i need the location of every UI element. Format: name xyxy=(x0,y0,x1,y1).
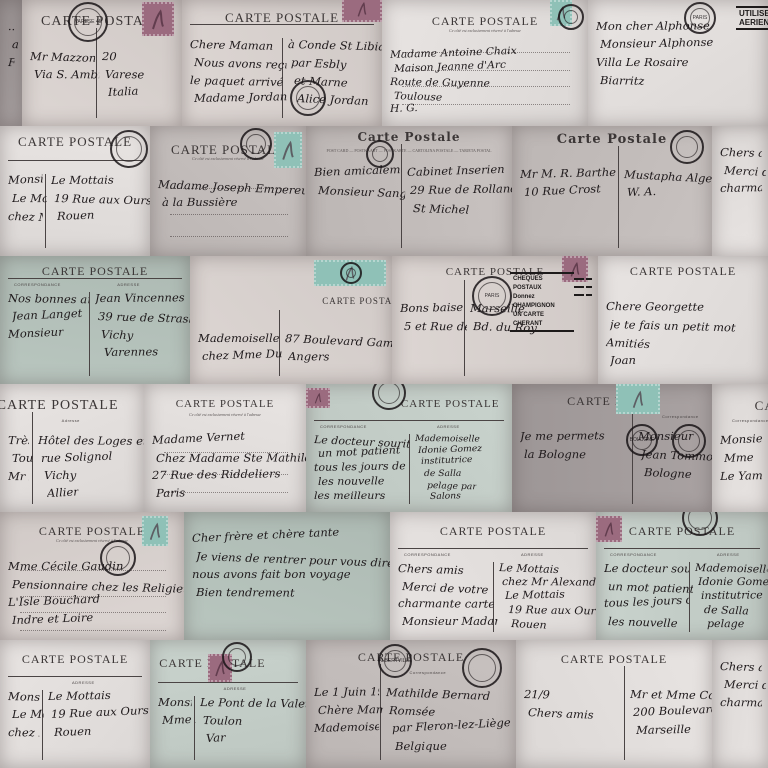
address-line xyxy=(170,214,288,215)
postmark-icon: VARESE 45 xyxy=(68,2,108,42)
handwritten-line: institutrice xyxy=(701,589,763,602)
address-divider xyxy=(632,408,633,504)
handwritten-line: 20 xyxy=(101,50,116,63)
handwritten-line: Nous avons reçu xyxy=(194,56,287,72)
handwritten-line: H. G. xyxy=(390,103,418,115)
handwritten-line: tous les jours de xyxy=(314,460,406,474)
postmark-icon xyxy=(670,130,704,164)
handwritten-line: Mademoiselle xyxy=(415,434,480,445)
handwritten-line: Chere Maman xyxy=(190,38,273,53)
handwritten-line: Joan xyxy=(610,354,636,367)
handwritten-line: Madame Joseph Empereur xyxy=(158,178,305,197)
handwritten-line: Nos bonnes amitiés xyxy=(8,292,89,306)
handwritten-line: Var xyxy=(205,731,225,745)
handwritten-line: Chers amis xyxy=(398,562,464,577)
postmark-icon: BOLOGNE xyxy=(626,424,658,456)
header-rule xyxy=(398,548,588,549)
handwritten-line: 39 rue de Strasbourg xyxy=(98,310,190,326)
postcard-multilingual-header: POST CARD — POSTKAART — POSTKARTE — CART… xyxy=(306,148,512,153)
handwritten-line: rue Solignol xyxy=(40,449,112,464)
handwritten-line: Mathilde Bernard xyxy=(385,686,490,703)
handwritten-line: Allier xyxy=(46,485,78,500)
cancellation-flag: CHEQUES POSTAUXDonnez CHAMPIGNONUN CARTE… xyxy=(510,272,574,332)
postcard-r2c1: CARTE POSTALECe côté est exclusivement r… xyxy=(150,126,306,256)
postmark-icon xyxy=(290,80,326,116)
handwritten-line: charmante carte xyxy=(720,181,762,195)
handwritten-line: Le Mottais xyxy=(499,562,559,576)
handwritten-line: Romsée xyxy=(388,704,435,719)
handwritten-line: Mr Francis Janeton xyxy=(8,470,29,483)
handwritten-line: Vichy xyxy=(44,469,76,482)
postmark-icon xyxy=(558,4,584,30)
handwritten-line: institutrice xyxy=(421,455,473,467)
postcard-header: CARTE POSTALE xyxy=(516,652,712,667)
handwritten-line: Cabinet Inserien xyxy=(407,163,505,179)
handwritten-line: Madame Vernet xyxy=(152,430,246,447)
postage-stamp-icon xyxy=(306,388,330,408)
handwritten-line: chez Mme Dutour xyxy=(202,347,283,363)
postcard-r3c1: CARTE POSTALEMademoiselle Vve Bonnechez … xyxy=(190,256,392,384)
handwritten-line: 5 et Rue de la Liberation xyxy=(404,320,467,333)
flag-text: UTILISEZ xyxy=(739,9,767,18)
postage-stamp-icon xyxy=(342,0,382,22)
postcard-r1c3: CARTE POSTALECe côté est exclusivement r… xyxy=(382,0,588,126)
handwritten-line: 87 Boulevard Gambetta xyxy=(285,332,392,350)
handwritten-line: chez Mr Alexandre xyxy=(502,576,596,589)
handwritten-line: pelage xyxy=(707,618,744,630)
handwritten-line: la Bologne xyxy=(524,448,586,461)
section-label: ADRESSE xyxy=(224,686,247,691)
postcard-r1c4: Mon cher AlphonseMonsieur AlphonseVilla … xyxy=(588,0,768,126)
flag-text: CHEQUES POSTAUX xyxy=(513,275,571,293)
address-line xyxy=(402,104,570,105)
postcard-r4c1: CARTE POSTALECe côté est exclusivement r… xyxy=(144,384,306,512)
section-label: CORRESPONDANCE xyxy=(610,552,657,557)
handwritten-line: Maison Jeanne d'Arc xyxy=(394,59,506,74)
handwritten-line: de Salla xyxy=(424,469,461,479)
postmark-icon: PARIS xyxy=(684,2,716,34)
handwritten-line: 10 Rue Crost xyxy=(524,182,601,199)
handwritten-line: Amitiés xyxy=(606,336,651,351)
postcard-r4c0: CARTE POSTALEAdresseTrès bienTout DameMr… xyxy=(0,384,144,512)
postcard-header: CARTE POSTALE xyxy=(144,398,306,410)
postcard-subtitle: Ce côté est exclusivement réservé à l'ad… xyxy=(144,412,306,417)
postmark-icon xyxy=(222,642,252,672)
address-line xyxy=(20,630,166,631)
handwritten-line: Mme Mme Prosper xyxy=(162,713,196,727)
handwritten-line: 29 Rue de Rolland xyxy=(410,182,512,197)
postcard-r3c0: CARTE POSTALECORRESPONDANCEADRESSENos bo… xyxy=(0,256,190,384)
handwritten-line: chez Mr Alexandre xyxy=(8,210,43,224)
section-label: CORRESPONDANCE xyxy=(404,552,451,557)
handwritten-line: Je me permets xyxy=(520,429,605,443)
flag-text: Donnez CHAMPIGNON xyxy=(513,293,571,311)
postcard-r6c1: CARTE POSTALEADRESSEMonsieurMme Mme Pros… xyxy=(150,640,306,768)
handwritten-line: 21/9 xyxy=(524,688,550,701)
handwritten-line: Chers amis xyxy=(720,660,762,674)
handwritten-line: de Salla xyxy=(704,604,749,617)
handwritten-line: Villa Le Rosaire xyxy=(596,56,688,69)
handwritten-line: Rouen xyxy=(511,618,547,632)
handwritten-line: W. A. xyxy=(627,185,657,199)
handwritten-line: Biarritz xyxy=(600,74,645,88)
handwritten-line: Idonie Gomez xyxy=(698,576,768,588)
handwritten-line: à Conde St Libiaire xyxy=(288,38,382,53)
address-divider xyxy=(42,690,43,760)
handwritten-line: Le Pont de la Valette xyxy=(200,696,306,711)
cancellation-lines xyxy=(574,278,592,280)
postcard-header: CARTE POSTALE xyxy=(598,264,768,279)
address-divider xyxy=(618,146,619,248)
handwritten-line: charmante carte xyxy=(720,696,762,709)
handwritten-line: Indre et Loire xyxy=(12,611,94,627)
handwritten-line: L'Isle Bouchard xyxy=(8,592,101,609)
postmark-icon xyxy=(462,648,502,688)
handwritten-line: Mr M. R. Barthe xyxy=(520,166,616,181)
handwritten-line: Le docteur sourit xyxy=(604,562,689,575)
address-divider xyxy=(89,292,90,376)
postmark-icon xyxy=(100,540,136,576)
address-divider xyxy=(624,666,625,760)
postcard-collage: ...andeamitiésFiorelCARTE POSTALEMr Mazz… xyxy=(0,0,768,768)
handwritten-line: Monsieur Sanglier xyxy=(318,184,405,200)
handwritten-line: à la Bussière xyxy=(162,196,238,209)
postcard-r3c3: CARTE POSTALEChere Georgetteje te fais u… xyxy=(598,256,768,384)
handwritten-line: les nouvelle xyxy=(608,615,678,630)
handwritten-line: Le Yam xyxy=(720,469,762,483)
flag-text: AERIEN xyxy=(739,18,767,27)
handwritten-line: Bologne xyxy=(644,466,692,481)
handwritten-line: Monsieur Madame xyxy=(402,614,498,627)
handwritten-line: Mademoiselle xyxy=(695,562,768,576)
handwritten-line: Très bien xyxy=(8,434,29,447)
postcard-header: CARTE POSTALE xyxy=(0,652,150,667)
address-divider xyxy=(689,562,690,632)
handwritten-line: Fiorel xyxy=(8,56,15,69)
handwritten-line: Merci de votre xyxy=(402,580,489,597)
section-label: ADRESSE xyxy=(521,552,544,557)
handwritten-line: Bons baisers xyxy=(400,301,463,315)
handwritten-line: Monsieur xyxy=(8,325,64,341)
handwritten-line: Idonie Gomez xyxy=(418,444,482,456)
handwritten-line: Mademoiselle xyxy=(314,720,379,735)
handwritten-line: Tout Dame xyxy=(12,452,33,465)
handwritten-line: les nouvelle xyxy=(318,475,385,488)
postage-stamp-icon xyxy=(596,516,622,542)
handwritten-line: Le Mottais xyxy=(505,588,565,602)
handwritten-line: Belgique xyxy=(394,740,446,753)
handwritten-line: par Fleron-lez-Liège xyxy=(391,716,510,735)
postcard-r5c0: CARTE POSTALECe côté est exclusivement r… xyxy=(0,512,184,640)
postmark-icon xyxy=(240,128,272,160)
section-label: ADRESSE xyxy=(717,552,740,557)
handwritten-line: Monsieur xyxy=(158,696,191,709)
handwritten-line: Madame Jordan xyxy=(194,90,287,105)
section-label: Adresse xyxy=(62,418,80,423)
handwritten-line: Toulon xyxy=(203,714,243,728)
postcard-r4c3: CARTE POSTACorrespondanceJe me permetsla… xyxy=(512,384,712,512)
handwritten-line: 200 Boulevard Baille xyxy=(633,703,712,719)
postcard-header: CART xyxy=(746,398,768,414)
section-label: ADRESSE xyxy=(437,424,460,429)
postmark-icon xyxy=(110,130,148,168)
handwritten-line: les meilleurs xyxy=(314,490,385,502)
header-rule xyxy=(314,420,504,421)
handwritten-line: St Michel xyxy=(413,202,470,217)
postmark-icon: PARIS xyxy=(472,276,512,316)
postmark-icon xyxy=(340,262,362,284)
handwritten-line: Vichy xyxy=(101,328,134,342)
handwritten-line: Jean Langet xyxy=(12,307,83,323)
handwritten-line: Merci de votre xyxy=(724,164,767,179)
postcard-r3c2: CARTE POSTALEBons baisers5 et Rue de la … xyxy=(392,256,598,384)
postcard-r1c0: ...andeamitiésFiorel xyxy=(0,0,22,126)
section-label: ADRESSE xyxy=(72,680,95,685)
postcard-r6c4: Chers amisMerci de votrecharmante carte xyxy=(712,640,768,768)
handwritten-line: Mme xyxy=(724,451,754,465)
postcard-r6c0: CARTE POSTALEADRESSEMonsieur MadameLe Mo… xyxy=(0,640,150,768)
postcard-r5c2: CARTE POSTALECORRESPONDANCEADRESSEChers … xyxy=(390,512,596,640)
handwritten-line: Varese xyxy=(105,68,144,81)
postcard-r2c3: Carte PostaleMr M. R. Barthe10 Rue Crost… xyxy=(512,126,712,256)
handwritten-line: Rouen xyxy=(54,725,92,739)
handwritten-line: charmante carte xyxy=(398,597,494,611)
handwritten-line: Italia xyxy=(107,85,138,99)
section-label: Correspondance xyxy=(410,670,447,675)
flag-text: UN CARTE CHERANT xyxy=(513,311,571,329)
postcard-r2c4: Chers amisMerci de votrecharmante carte xyxy=(712,126,768,256)
postcard-r6c3: CARTE POSTALE21/9Chers amisMr et Mme Cor… xyxy=(516,640,712,768)
address-line xyxy=(170,236,288,237)
handwritten-line: chez Mr Alexandre xyxy=(8,726,40,739)
handwritten-line: Le Mottais xyxy=(48,689,111,703)
handwritten-line: Chère Maman xyxy=(318,703,383,717)
handwritten-line: Via S. Ambrogio xyxy=(34,68,99,81)
postmark-icon: ALBERTVILLE xyxy=(378,644,412,678)
postmark-icon xyxy=(366,140,394,168)
handwritten-line: 19 Rue aux Ours xyxy=(51,704,149,721)
header-rule xyxy=(604,548,760,549)
handwritten-line: Paris xyxy=(156,486,186,500)
postcard-header: CARTE POSTALE xyxy=(347,398,512,410)
header-rule xyxy=(8,676,142,677)
postcard-header: CARTE POSTALE xyxy=(0,398,130,414)
handwritten-line: Monsieur xyxy=(720,432,763,447)
handwritten-line: Le Mottais xyxy=(51,174,114,187)
handwritten-line: Mustapha Alger xyxy=(624,168,712,185)
cancellation-lines xyxy=(574,286,592,288)
handwritten-line: 19 Rue aux Ours xyxy=(508,604,596,618)
postcard-header: CARTE POSTALE xyxy=(263,296,392,306)
header-rule xyxy=(190,24,374,25)
handwritten-line: Marseille xyxy=(636,723,691,737)
handwritten-line: Chez Madame Ste Mathilde xyxy=(156,451,306,465)
handwritten-line: Monsieur Madame xyxy=(8,690,40,704)
postcard-r1c1: CARTE POSTALEMr Mazzone CarloVia S. Ambr… xyxy=(22,0,182,126)
postcard-subtitle: Ce côté est exclusivement réservé à l'ad… xyxy=(382,28,588,33)
handwritten-line: je te fais un petit mot xyxy=(610,318,736,334)
section-label: CORRESPONDANCE xyxy=(320,424,367,429)
handwritten-line: Le Mottais xyxy=(12,708,44,721)
section-label: CORRESPONDANCE xyxy=(14,282,61,287)
address-divider xyxy=(194,696,195,760)
postage-stamp-icon xyxy=(616,384,660,414)
postage-stamp-icon xyxy=(142,516,168,546)
postmark-icon xyxy=(672,424,706,458)
handwritten-line: Mr Mazzone Carlo xyxy=(30,50,95,65)
postcard-r6c2: CARTE POSTALECorrespondanceLe 1 Juin 191… xyxy=(306,640,516,768)
handwritten-line: Jean Vincennes xyxy=(95,291,185,305)
address-divider xyxy=(45,174,46,248)
handwritten-line: Angers xyxy=(288,350,330,363)
handwritten-line: Chers amis xyxy=(720,146,762,160)
handwritten-line: tous les jours de xyxy=(604,594,689,610)
postcard-r4c2: CARTE POSTALECORRESPONDANCEADRESSELe doc… xyxy=(306,384,512,512)
handwritten-line: un mot patient xyxy=(318,444,401,460)
address-divider xyxy=(279,310,280,376)
header-rule xyxy=(8,278,182,279)
postcard-r2c2: Carte PostalePOST CARD — POSTKAART — POS… xyxy=(306,126,512,256)
handwritten-line: Salons xyxy=(430,492,461,503)
handwritten-line: Le Mottais xyxy=(12,192,47,205)
postage-stamp-icon xyxy=(274,132,302,168)
handwritten-line: Madame Antoine Chaix xyxy=(390,46,517,61)
postcard-header: Carte Postale xyxy=(306,130,512,144)
handwritten-line: Chers amis xyxy=(528,706,594,722)
handwritten-line: Monsieur Alphonse xyxy=(600,36,714,51)
postcard-r1c2: CARTE POSTALEChere MamanNous avons reçul… xyxy=(182,0,382,126)
handwritten-line: Mr et Mme Cornu xyxy=(630,688,712,702)
handwritten-line: pelage par xyxy=(427,481,477,492)
handwritten-line: Le 1 Juin 1911 xyxy=(314,685,379,699)
handwritten-line: Varennes xyxy=(104,345,158,359)
handwritten-line: Rouen xyxy=(57,209,95,223)
postcard-header: CARTE POSTA xyxy=(512,394,712,409)
handwritten-line: Bien tendrement xyxy=(196,586,295,600)
handwritten-line: le paquet arrivé xyxy=(190,74,283,89)
cancellation-flag: UTILISEZAERIEN xyxy=(736,6,768,30)
section-label: ADRESSE xyxy=(117,282,140,287)
handwritten-line: par Esbly xyxy=(291,56,347,72)
postcard-header: CARTE POSTALE xyxy=(390,524,596,539)
handwritten-line: 19 Rue aux Ours xyxy=(54,192,150,207)
handwritten-line: Chere Georgette xyxy=(606,300,704,314)
handwritten-line: Merci de votre xyxy=(724,678,766,692)
handwritten-line: Mademoiselle Vve Bonne xyxy=(198,332,279,345)
postcard-r2c0: CARTE POSTALEMonsieur MadameLe Mottaisch… xyxy=(0,126,150,256)
handwritten-line: nous avons fait bon voyage xyxy=(192,568,351,581)
section-label: Correspondance xyxy=(662,414,699,419)
handwritten-line: Monsieur Madame xyxy=(8,172,43,187)
postcard-header: CARTE POSTALE xyxy=(0,264,190,279)
cancellation-lines xyxy=(574,294,592,296)
postage-stamp-icon xyxy=(142,2,174,36)
handwritten-line: Cher frère et chère tante xyxy=(192,526,340,545)
handwritten-line: ...ande xyxy=(8,20,15,33)
section-label: Correspondance xyxy=(732,418,768,423)
postcard-r4c4: CARTCorrespondanceMonsieurMmeLe Yam xyxy=(712,384,768,512)
handwritten-line: Route de Guyenne xyxy=(390,77,490,90)
handwritten-line: Hôtel des Loges et Cie xyxy=(38,434,144,448)
postcard-r5c1: Cher frère et chère tanteJe viens de ren… xyxy=(184,512,390,640)
handwritten-line: amitiés xyxy=(12,38,19,51)
handwritten-line: Toulouse xyxy=(394,91,443,104)
postcard-r5c3: CARTE POSTALECORRESPONDANCEADRESSELe doc… xyxy=(596,512,768,640)
handwritten-line: 27 Rue des Riddeliers xyxy=(152,467,281,482)
